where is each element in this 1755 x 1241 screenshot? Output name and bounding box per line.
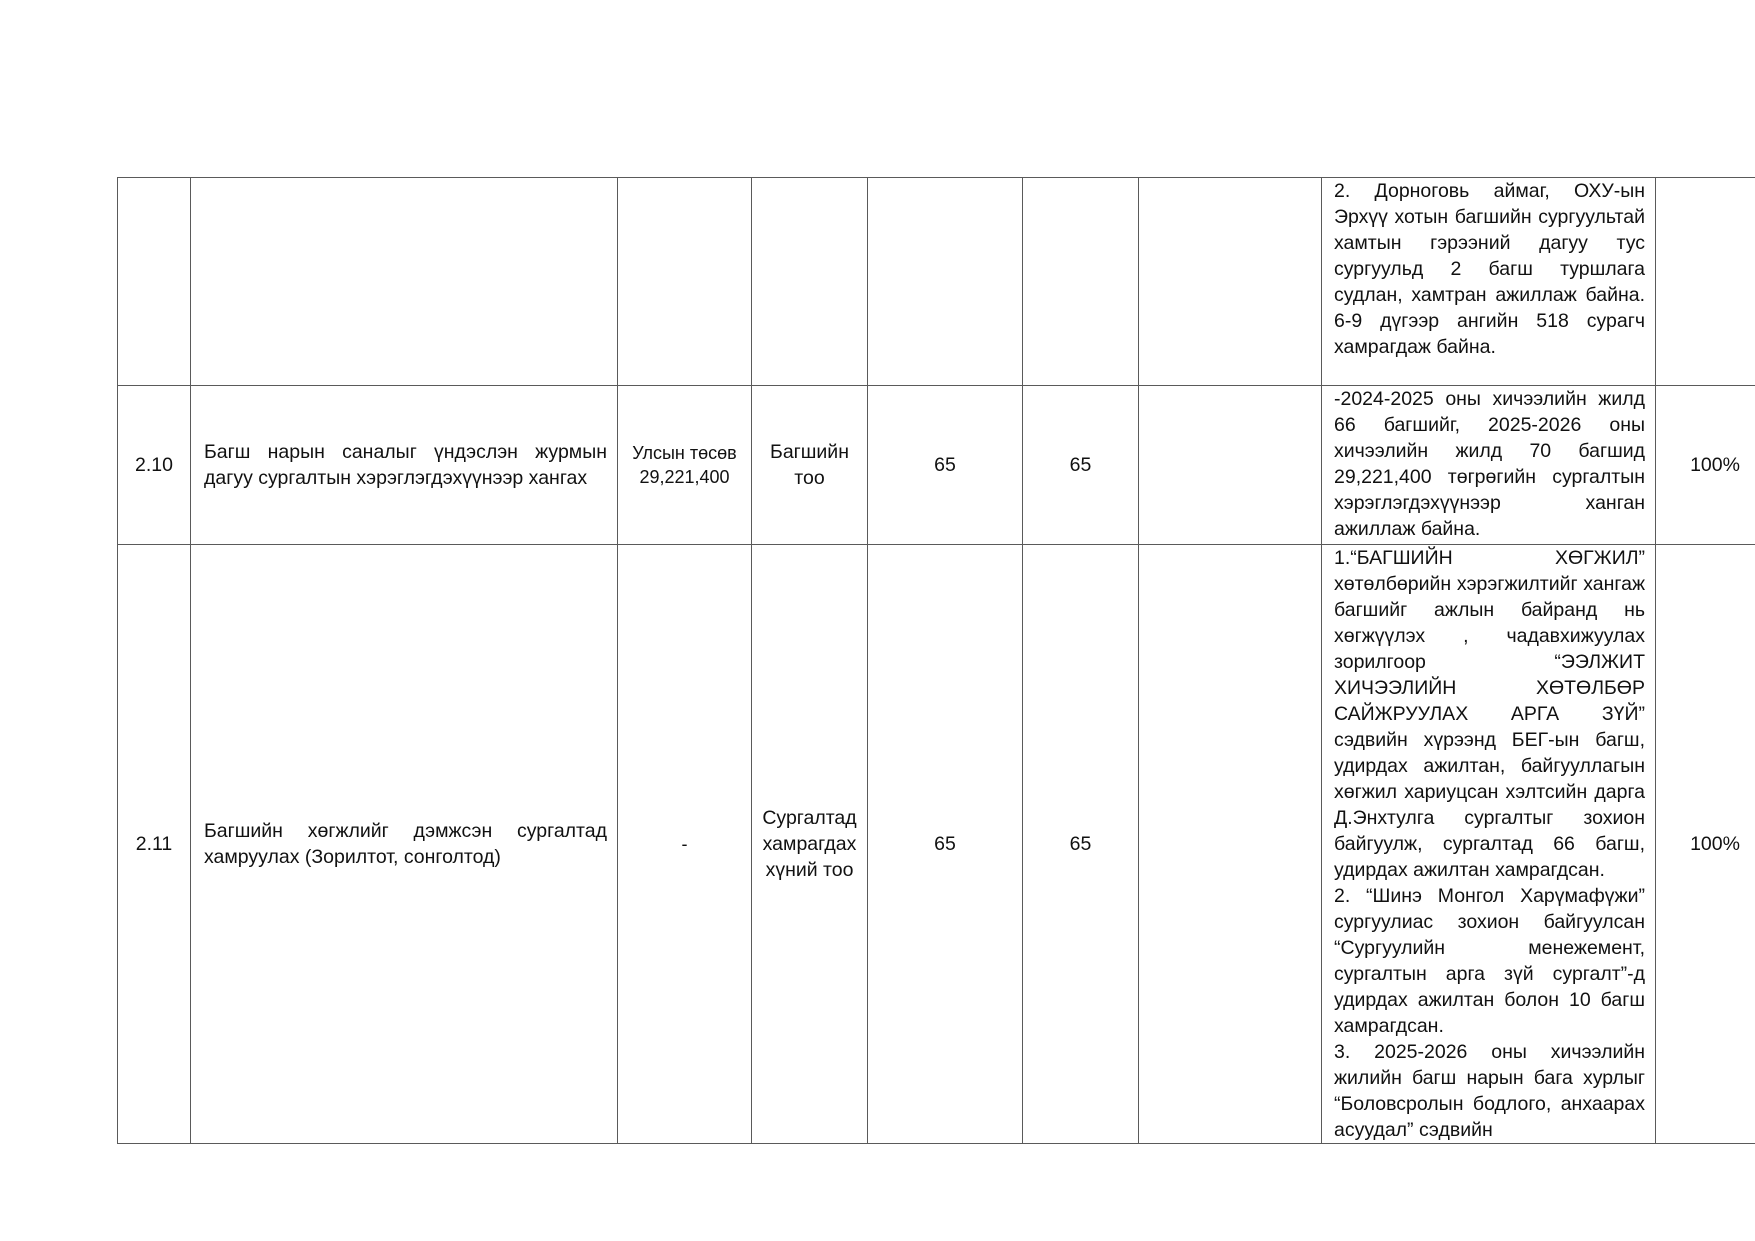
target-cell: 65: [868, 545, 1023, 1144]
table-row: 2.10 Багш нарын саналыг үндэслэн журмын …: [118, 386, 1755, 545]
activity-cell: Багшийн хөгжлийг дэмжсэн сургалтад хамру…: [191, 545, 618, 1144]
report-cell: -2024-2025 оны хичээлийн жилд 66 багшийг…: [1322, 386, 1656, 545]
percent-cell: 100%: [1656, 545, 1755, 1144]
table-row: 2. Дорноговь аймаг, ОХУ-ын Эрхүү хотын б…: [118, 178, 1755, 386]
report-paragraph: 3. 2025-2026 оны хичээлийн жилийн багш н…: [1334, 1039, 1645, 1143]
actual-cell: [1023, 178, 1139, 386]
activity-report-table: 2. Дорноговь аймаг, ОХУ-ын Эрхүү хотын б…: [117, 177, 1755, 1144]
funding-cell: [618, 178, 752, 386]
empty-cell: [1139, 545, 1322, 1144]
funding-cell: Улсын төсөв 29,221,400: [618, 386, 752, 545]
percent-cell: [1656, 178, 1755, 386]
empty-cell: [1139, 386, 1322, 545]
row-number-cell: 2.10: [118, 386, 191, 545]
report-paragraph: 2. “Шинэ Монгол Харүмафүжи” сургуулиас з…: [1334, 883, 1645, 1039]
row-number-cell: 2.11: [118, 545, 191, 1144]
report-paragraph: 1.“БАГШИЙН ХӨГЖИЛ” хөтөлбөрийн хэрэгжилт…: [1334, 545, 1645, 883]
funding-cell: -: [618, 545, 752, 1144]
target-cell: 65: [868, 386, 1023, 545]
indicator-cell: [752, 178, 868, 386]
actual-cell: 65: [1023, 386, 1139, 545]
target-cell: [868, 178, 1023, 386]
percent-cell: 100%: [1656, 386, 1755, 545]
table-row: 2.11 Багшийн хөгжлийг дэмжсэн сургалтад …: [118, 545, 1755, 1144]
report-cell: 1.“БАГШИЙН ХӨГЖИЛ” хөтөлбөрийн хэрэгжилт…: [1322, 545, 1656, 1144]
report-paragraph: 2. Дорноговь аймаг, ОХУ-ын Эрхүү хотын б…: [1334, 178, 1645, 360]
row-number-cell: [118, 178, 191, 386]
actual-cell: 65: [1023, 545, 1139, 1144]
report-cell: 2. Дорноговь аймаг, ОХУ-ын Эрхүү хотын б…: [1322, 178, 1656, 386]
report-paragraph: -2024-2025 оны хичээлийн жилд 66 багшийг…: [1334, 386, 1645, 542]
activity-cell: [191, 178, 618, 386]
empty-cell: [1139, 178, 1322, 386]
indicator-cell: Багшийн тоо: [752, 386, 868, 545]
activity-cell: Багш нарын саналыг үндэслэн журмын дагуу…: [191, 386, 618, 545]
indicator-cell: Сургалтад хамрагдах хүний тоо: [752, 545, 868, 1144]
